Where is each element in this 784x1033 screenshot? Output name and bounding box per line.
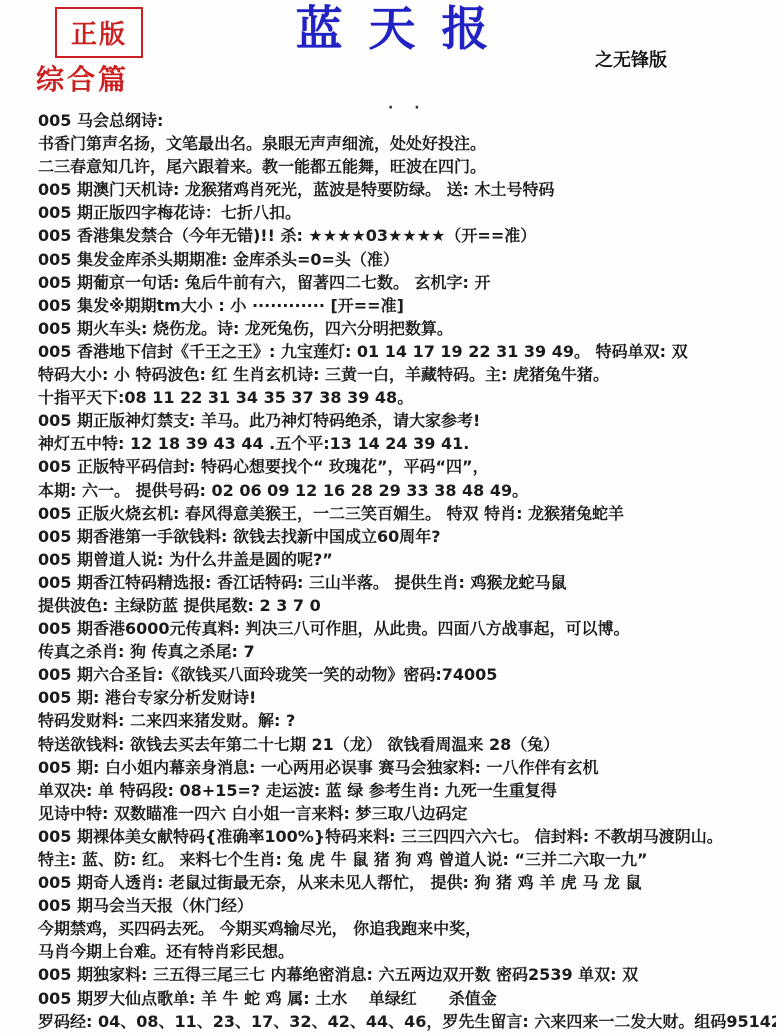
report-line: 005 集发※期期tm大小 : 小 ············ [开==准] [38,294,776,317]
report-line: 罗码经: 04、08、11、23、17、32、42、44、46，罗先生留言: 六… [38,1010,776,1033]
report-line: 005 期香江特码精选报: 香江话特码: 三山半落。 提供生肖: 鸡猴龙蛇马鼠 [38,571,776,594]
report-line: 005 期: 白小姐内幕亲身消息: 一心两用必误事 赛马会独家料: 一八作伴有玄… [38,756,776,779]
report-line: 005 期罗大仙点歌单: 羊 牛 蛇 鸡 属: 土水 单绿红 杀值金 [38,987,776,1010]
content-lines: 005 马会总纲诗:书香门第声名扬，文笔最出名。泉眼无声声细流，处处好投注。二三… [38,109,776,1033]
report-line: 005 正版火烧玄机: 春风得意美猴王，一二三笑百媚生。 特双 特肖: 龙猴猪兔… [38,502,776,525]
report-line: 005 期葡京一句话: 兔后牛前有六，留著四二七数。 玄机字: 开 [38,271,776,294]
report-line: 书香门第声名扬，文笔最出名。泉眼无声声细流，处处好投注。 [38,132,776,155]
report-line: 特码发财料: 二来四来猪发财。解: ? [38,709,776,732]
report-line: 传真之杀肖: 狗 传真之杀尾: 7 [38,640,776,663]
report-line: 本期: 六一。 提供号码: 02 06 09 12 16 28 29 33 38… [38,479,776,502]
edition-label: 之无锋版 [595,46,667,72]
report-line: 十指平天下:08 11 22 31 34 35 37 38 39 48。 [38,386,776,409]
report-line: 单双决: 单 特码段: 08+15=? 走运波: 蓝 绿 参考生肖: 九死一生重… [38,779,776,802]
report-line: 005 期六合圣旨:《欲钱买八面玲珑笑一笑的动物》密码:74005 [38,663,776,686]
report-line: 005 期火车头: 烧伤龙。诗: 龙死兔伤，四六分明把数算。 [38,317,776,340]
report-line: 特送欲钱料: 欲钱去买去年第二十七期 21（龙） 欲钱看周温来 28（兔） [38,733,776,756]
report-line: 今期禁鸡，买四码去死。 今期买鸡输尽光， 你追我跑来中奖， [38,917,776,940]
report-line: 见诗中特: 双数瞄准一四六 白小姐一言来料: 梦三取八边码定 [38,802,776,825]
report-line: 二三春意知几许，尾六跟着来。教一能都五能舞，旺波在四门。 [38,155,776,178]
report-line: 005 香港集发禁合（今年无错)!! 杀: ★★★★03★★★★（开==准） [38,224,776,247]
report-line: 005 期正版四字梅花诗：七折八扣。 [38,201,776,224]
report-line: 005 集发金库杀头期期准: 金库杀头=0=头（准） [38,248,776,271]
report-line: 005 期曾道人说: 为什么井盖是圆的呢?” [38,548,776,571]
report-line: 005 期奇人透肖: 老鼠过街最无奈，从来未见人帮忙， 提供: 狗 猪 鸡 羊 … [38,871,776,894]
report-line: 005 期马会当天报（休门经） [38,894,776,917]
report-line: 005 期香港6000元传真料: 判决三八可作胆，从此贵。四面八方战事起，可以博… [38,617,776,640]
section-title: 综合篇 [36,58,129,98]
report-line: 005 正版特平码信封: 特码心想要找个“ 玫瑰花”，平码“四”， [38,455,776,478]
report-line: 005 香港地下信封《千王之王》: 九宝莲灯: 01 14 17 19 22 3… [38,340,776,363]
newspaper-page: 正版 蓝天报 之无锋版 综合篇 · · 005 马会总纲诗:书香门第声名扬，文笔… [0,0,784,1033]
report-line: 马肖今期上台难。还有特肖彩民想。 [38,940,776,963]
report-line: 005 期独家料: 三五得三尾三七 内幕绝密消息: 六五两边双开数 密码2539… [38,963,776,986]
report-line: 005 期裸体美女献特码{准确率100%}特码来料: 三三四四六六七。 信封料:… [38,825,776,848]
report-line: 特主: 蓝、防: 红。 来料七个生肖: 兔 虎 牛 鼠 猪 狗 鸡 曾道人说: … [38,848,776,871]
report-line: 005 期香港第一手欲钱料: 欲钱去找新中国成立60周年? [38,525,776,548]
report-line: 特码大小: 小 特码波色: 红 生肖玄机诗: 三黄一白，羊藏特码。主: 虎猪兔牛… [38,363,776,386]
report-line: 005 期正版神灯禁支: 羊马。此乃神灯特码绝杀，请大家参考! [38,409,776,432]
report-line: 神灯五中特: 12 18 39 43 44 .五个平:13 14 24 39 4… [38,432,776,455]
report-line: 005 期澳门天机诗: 龙猴猪鸡肖死光，蓝波是特要防绿。 送: 木土号特码 [38,178,776,201]
report-line: 005 马会总纲诗: [38,109,776,132]
report-line: 提供波色: 主绿防蓝 提供尾数: 2 3 7 0 [38,594,776,617]
report-line: 005 期: 港台专家分析发财诗! [38,686,776,709]
